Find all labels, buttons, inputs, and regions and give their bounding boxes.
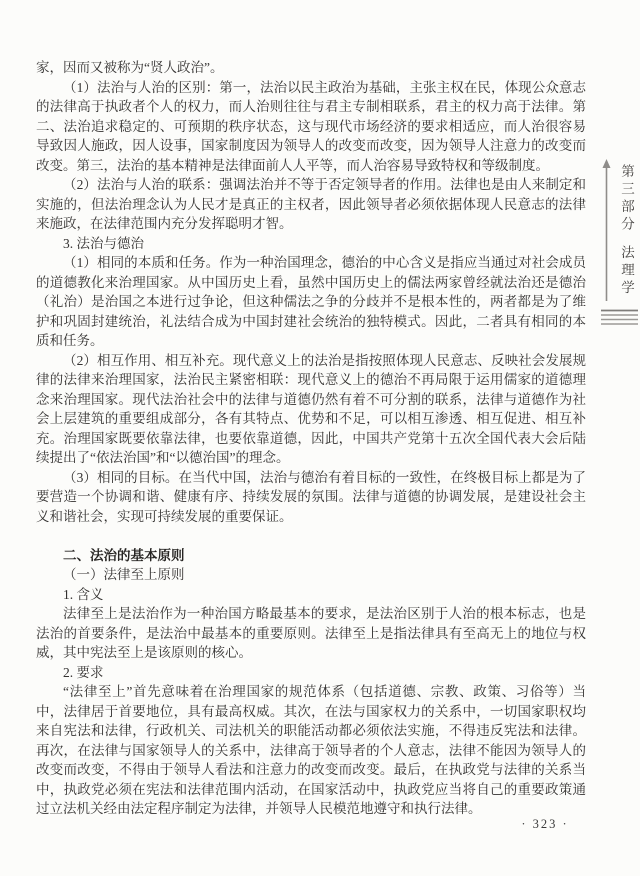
paragraph: “法律至上”首先意味着在治理国家的规范体系（包括道德、宗教、政策、习俗等）当中，… (36, 682, 586, 819)
part-tab-body: 第三部分 法理学 (601, 156, 638, 306)
paragraph: 法律至上是法治作为一种治国方略最基本的要求，是法治区别于人治的根本标志，也是法治… (36, 604, 586, 663)
part-tab-labels: 第三部分 法理学 (615, 156, 635, 298)
subheading-2: 2. 要求 (36, 663, 586, 683)
subject-label: 法理学 (617, 245, 635, 298)
part-label: 第三部分 (617, 164, 635, 234)
page-number: · 323 · (505, 817, 585, 832)
paragraph: （1）法治与人治的区别：第一，法治以民主政治为基础，主张主权在民，体现公众意志的… (36, 78, 586, 176)
part-tab: 第三部分 法理学 (601, 156, 638, 331)
page-content: 家，因而又被称为“贤人政治”。 （1）法治与人治的区别：第一，法治以民主政治为基… (36, 58, 586, 819)
section-heading: 二、法治的基本原则 (36, 546, 586, 566)
document-page: 家，因而又被称为“贤人政治”。 （1）法治与人治的区别：第一，法治以民主政治为基… (0, 0, 640, 876)
subsection-heading: （一）法律至上原则 (36, 565, 586, 585)
paragraph-continuation: 家，因而又被称为“贤人政治”。 (36, 58, 586, 78)
up-arrow-icon (601, 156, 612, 306)
paragraph: （1）相同的本质和任务。作为一种治国理念，德治的中心含义是指应当通过对社会成员的… (36, 253, 586, 351)
paragraph: （2）法治与人治的联系：强调法治并不等于否定领导者的作用。法律也是由人来制定和实… (36, 175, 586, 234)
divider-lines-icon (601, 309, 638, 331)
subheading-3: 3. 法治与德治 (36, 234, 586, 254)
paragraph: （3）相同的目标。在当代中国，法治与德治有着目标的一致性，在终极目标上都是为了要… (36, 468, 586, 527)
paragraph: （2）相互作用、相互补充。现代意义上的法治是指按照体现人民意志、反映社会发展规律… (36, 351, 586, 468)
subheading-1: 1. 含义 (36, 585, 586, 605)
